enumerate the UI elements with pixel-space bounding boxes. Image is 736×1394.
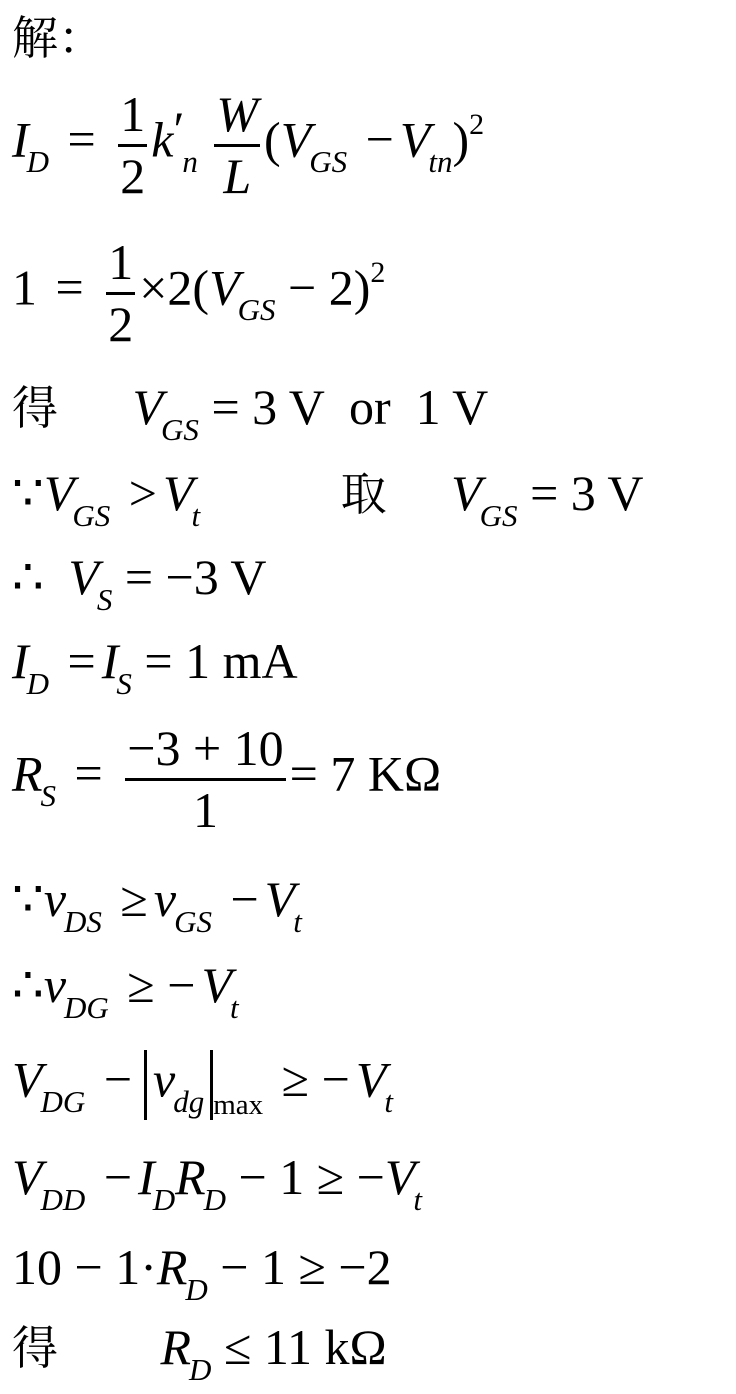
symbol: R — [161, 1319, 192, 1375]
paren: ( — [264, 111, 281, 167]
subscript: DG — [64, 990, 109, 1025]
symbol: V — [12, 1051, 43, 1107]
symbol: R — [157, 1239, 188, 1295]
subscript: D — [185, 1272, 207, 1307]
solution-heading: 解： — [12, 12, 104, 62]
equation-vgs-solutions: 得 VGS = 3 V or 1 V — [12, 382, 488, 432]
subscript: D — [27, 144, 49, 179]
subscript: DG — [41, 1084, 86, 1119]
subscript: D — [153, 1182, 175, 1217]
fraction-w-over-l: W L — [214, 88, 260, 202]
subscript: GS — [480, 498, 518, 533]
subscript: GS — [238, 292, 276, 327]
subscript: n — [182, 144, 198, 179]
subscript: D — [189, 1352, 211, 1387]
equation-saturation-condition: ∵vDS ≥vGS −Vt — [12, 874, 302, 924]
symbol: v — [153, 1051, 175, 1107]
equation-vs-value: ∴ VS = −3 V — [12, 552, 266, 602]
fraction-rs: −3 + 10 1 — [125, 722, 285, 836]
subscript-max: max — [213, 1089, 263, 1121]
value: − 1 ≥ − — [239, 1149, 385, 1205]
fraction-bar — [106, 292, 135, 295]
numerator: 1 — [106, 236, 135, 289]
operator: − — [230, 871, 258, 927]
because-symbol: ∵ — [12, 871, 44, 927]
value: 1 — [12, 259, 37, 315]
exponent: 2 — [469, 108, 484, 141]
equation-numeric-substitution: 10 − 1·RD − 1 ≥ −2 — [12, 1242, 392, 1292]
symbol: V — [265, 871, 296, 927]
symbol: V — [385, 1149, 416, 1205]
denominator: 2 — [106, 298, 135, 351]
subscript: DS — [64, 904, 102, 939]
symbol: R — [175, 1149, 206, 1205]
equation-id-formula: ID = 1 2 k′n W L (VGS −Vtn)2 — [12, 88, 484, 202]
therefore-symbol: ∴ — [12, 957, 44, 1013]
subscript: S — [41, 778, 57, 813]
value: = 3 V — [530, 465, 643, 521]
value: 10 − 1· — [12, 1239, 157, 1295]
numerator: W — [214, 88, 260, 141]
symbol: V — [281, 111, 312, 167]
symbol: v — [44, 871, 66, 927]
symbol: V — [12, 1149, 43, 1205]
subscript: t — [192, 498, 201, 533]
operator: ≥ − — [282, 1051, 350, 1107]
subscript: t — [230, 990, 239, 1025]
operator: × — [139, 259, 167, 315]
value: ≤ 11 kΩ — [224, 1319, 387, 1375]
cjk-label: 得 — [12, 381, 58, 435]
therefore-symbol: ∴ — [12, 549, 44, 605]
subscript: tn — [428, 144, 452, 179]
equation-vdd-expression: VDD −IDRD − 1 ≥ −Vt — [12, 1152, 422, 1202]
operator: ≥ — [120, 871, 147, 927]
subscript: GS — [174, 904, 212, 939]
denominator: L — [221, 150, 253, 203]
symbol: V — [68, 549, 99, 605]
symbol: V — [451, 465, 482, 521]
subscript: D — [204, 1182, 226, 1217]
symbol: V — [163, 465, 194, 521]
value: − 2) — [276, 259, 371, 315]
operator: = — [75, 745, 103, 801]
operator: ≥ − — [127, 957, 195, 1013]
subscript: S — [97, 582, 113, 617]
subscript: D — [27, 666, 49, 701]
equation-current: ID =IS = 1 mA — [12, 636, 298, 686]
numerator: 1 — [118, 88, 147, 141]
value: = −3 V — [125, 549, 267, 605]
symbol: V — [356, 1051, 387, 1107]
cjk-label: 取 — [341, 467, 387, 521]
symbol: R — [12, 745, 43, 801]
subscript: DD — [41, 1182, 86, 1217]
symbol: V — [133, 379, 164, 435]
subscript: t — [384, 1084, 393, 1119]
cjk-label: 得 — [12, 1321, 58, 1375]
heading-text: 解： — [12, 11, 104, 65]
symbol: V — [44, 465, 75, 521]
symbol: V — [400, 111, 431, 167]
because-symbol: ∵ — [12, 465, 44, 521]
operator: = — [68, 633, 96, 689]
operator: > — [129, 465, 157, 521]
fraction-half: 1 2 — [118, 88, 147, 202]
subscript: GS — [161, 412, 199, 447]
operator: = — [56, 259, 84, 315]
value: 2( — [167, 259, 209, 315]
numerator: −3 + 10 — [125, 722, 285, 775]
operator: − — [104, 1051, 132, 1107]
equation-substitution: 1 = 1 2 ×2(VGS − 2)2 — [12, 236, 385, 350]
equation-vdg-condition: ∴vDG ≥ −Vt — [12, 960, 239, 1010]
subscript: GS — [72, 498, 110, 533]
symbol: v — [44, 957, 66, 1013]
abs-bar-left — [144, 1050, 147, 1120]
denominator: 1 — [191, 784, 220, 837]
subscript: S — [116, 666, 132, 701]
subscript: t — [413, 1182, 422, 1217]
equation-rd-result: 得 RD ≤ 11 kΩ — [12, 1322, 387, 1372]
value: = 7 KΩ — [290, 745, 441, 801]
value: = 3 V or 1 V — [211, 379, 488, 435]
operator: − — [104, 1149, 132, 1205]
symbol: V — [201, 957, 232, 1013]
equation-rs-value: RS = −3 + 10 1 = 7 KΩ — [12, 722, 441, 836]
fraction-half: 1 2 — [106, 236, 135, 350]
symbol: V — [209, 259, 240, 315]
equation-vdg-max: VDG −vdgmax ≥ −Vt — [12, 1050, 393, 1120]
subscript: t — [293, 904, 302, 939]
exponent: 2 — [370, 256, 385, 289]
operator: = — [68, 111, 96, 167]
value: = 1 mA — [144, 633, 297, 689]
paren: ) — [453, 111, 470, 167]
subscript: GS — [309, 144, 347, 179]
equation-vgs-choice: ∵VGS >Vt 取 VGS = 3 V — [12, 468, 643, 518]
denominator: 2 — [118, 150, 147, 203]
fraction-bar — [125, 778, 285, 781]
subscript: dg — [173, 1084, 204, 1119]
fraction-bar — [214, 144, 260, 147]
value: − 1 ≥ −2 — [220, 1239, 391, 1295]
operator: − — [366, 111, 394, 167]
fraction-bar — [118, 144, 147, 147]
symbol: v — [154, 871, 176, 927]
symbol: k — [151, 111, 173, 167]
